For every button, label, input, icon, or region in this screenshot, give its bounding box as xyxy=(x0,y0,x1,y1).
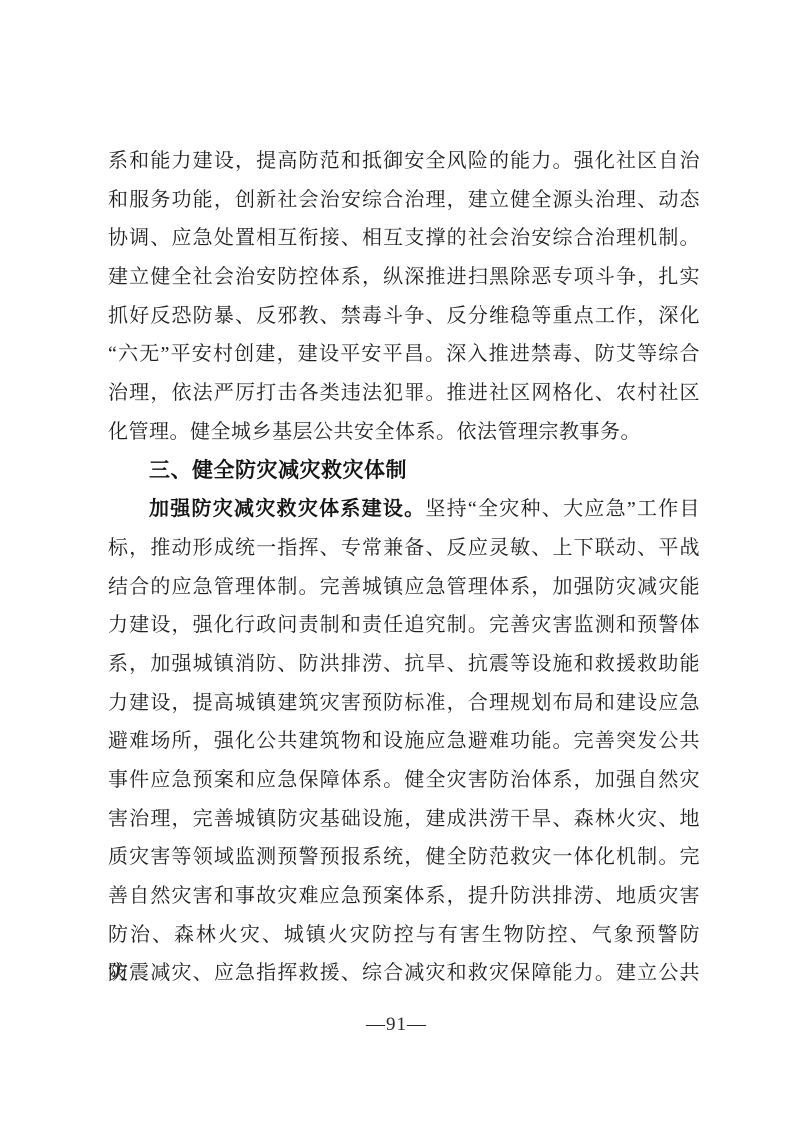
text-line: 系，加强城镇消防、防洪排涝、抗旱、抗震等设施和救援救助能 xyxy=(108,645,700,684)
text-line: “六无”平安村创建，建设平安平昌。深入推进禁毒、防艾等综合 xyxy=(108,335,700,374)
page-number: —91— xyxy=(0,1010,793,1040)
text-line: 防治、森林火灾、城镇火灾防控与有害生物防控、气象预警防灾、 xyxy=(108,916,700,955)
text-line: 和服务功能，创新社会治安综合治理，建立健全源头治理、动态 xyxy=(108,181,700,220)
text-line: 抓好反恐防暴、反邪教、禁毒斗争、反分维稳等重点工作，深化 xyxy=(108,297,700,336)
text-line: 治理，依法严厉打击各类违法犯罪。推进社区网格化、农村社区 xyxy=(108,374,700,413)
text-line: 力建设，提高城镇建筑灾害预防标准，合理规划布局和建设应急 xyxy=(108,684,700,723)
text-line: 力建设，强化行政问责制和责任追究制。完善灾害监测和预警体 xyxy=(108,606,700,645)
text-line: 建立健全社会治安防控体系，纵深推进扫黑除恶专项斗争，扎实 xyxy=(108,258,700,297)
text-line: 事件应急预案和应急保障体系。健全灾害防治体系，加强自然灾 xyxy=(108,761,700,800)
text-line: 质灾害等领域监测预警预报系统，健全防范救灾一体化机制。完 xyxy=(108,838,700,877)
paragraph-lead-bold: 加强防灾减灾救灾体系建设。 xyxy=(149,498,425,520)
text-line: 系和能力建设，提高防范和抵御安全风险的能力。强化社区自治 xyxy=(108,142,700,181)
text-line: 协调、应急处置相互衔接、相互支撑的社会治安综合治理机制。 xyxy=(108,219,700,258)
text-line: 化管理。健全城乡基层公共安全体系。依法管理宗教事务。 xyxy=(108,413,700,452)
section-heading: 三、健全防灾减灾救灾体制 xyxy=(108,452,700,491)
document-page: 系和能力建设，提高防范和抵御安全风险的能力。强化社区自治 和服务功能，创新社会治… xyxy=(0,0,793,1122)
text-line: 结合的应急管理体制。完善城镇应急管理体系，加强防灾减灾能 xyxy=(108,568,700,607)
text-line: 标，推动形成统一指挥、专常兼备、反应灵敏、上下联动、平战 xyxy=(108,529,700,568)
text-line: 善自然灾害和事故灾难应急预案体系，提升防洪排涝、地质灾害 xyxy=(108,877,700,916)
paragraph-lead-rest: 坚持“全灾种、大应急”工作目 xyxy=(425,498,700,520)
text-line: 避难场所，强化公共建筑物和设施应急避难功能。完善突发公共 xyxy=(108,722,700,761)
text-line: 加强防灾减灾救灾体系建设。坚持“全灾种、大应急”工作目 xyxy=(108,490,700,529)
text-line: 防震减灾、应急指挥救援、综合减灾和救灾保障能力。建立公共 xyxy=(108,954,700,993)
page-body-text: 系和能力建设，提高防范和抵御安全风险的能力。强化社区自治 和服务功能，创新社会治… xyxy=(108,142,700,993)
text-line: 害治理，完善城镇防灾基础设施，建成洪涝干旱、森林火灾、地 xyxy=(108,800,700,839)
